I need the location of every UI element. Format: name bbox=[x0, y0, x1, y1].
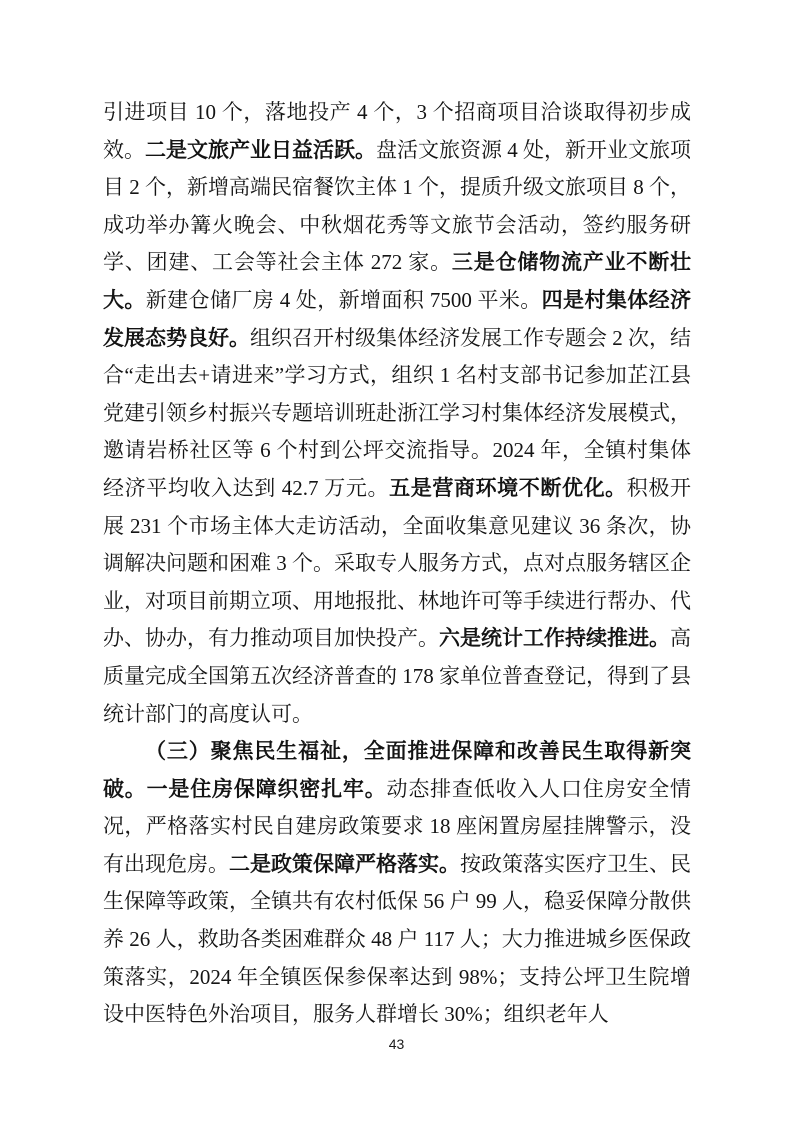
document-body: 引进项目 10 个，落地投产 4 个，3 个招商项目洽谈取得初步成效。二是文旅产… bbox=[103, 94, 691, 1034]
text-run: 组织召开村级集体经济发展工作专题会 2 次，结合“走出去+请进来”学习方式，组织… bbox=[103, 326, 691, 500]
page-number: 43 bbox=[0, 1036, 793, 1052]
emphasis-run: 五是营商环境不断优化。 bbox=[389, 476, 627, 500]
document-page: 引进项目 10 个，落地投产 4 个，3 个招商项目洽谈取得初步成效。二是文旅产… bbox=[0, 0, 793, 1122]
paragraph: 引进项目 10 个，落地投产 4 个，3 个招商项目洽谈取得初步成效。二是文旅产… bbox=[103, 94, 691, 733]
emphasis-run: 二是文旅产业日益活跃。 bbox=[145, 138, 376, 162]
emphasis-run: 一是住房保障织密扎牢。 bbox=[147, 777, 387, 801]
text-run: 新建仓储厂房 4 处，新增面积 7500 平米。 bbox=[146, 288, 542, 312]
paragraph: （三）聚焦民生福祉，全面推进保障和改善民生取得新突破。一是住房保障织密扎牢。动态… bbox=[103, 733, 691, 1034]
text-run: 按政策落实医疗卫生、民生保障等政策，全镇共有农村低保 56 户 99 人，稳妥保… bbox=[103, 852, 691, 1026]
text-run: 积极开展 231 个市场主体大走访活动，全面收集意见建议 36 条次，协调解决问… bbox=[103, 476, 691, 650]
emphasis-run: 二是政策保障严格落实。 bbox=[229, 852, 460, 876]
emphasis-run: 六是统计工作持续推进。 bbox=[439, 626, 670, 650]
